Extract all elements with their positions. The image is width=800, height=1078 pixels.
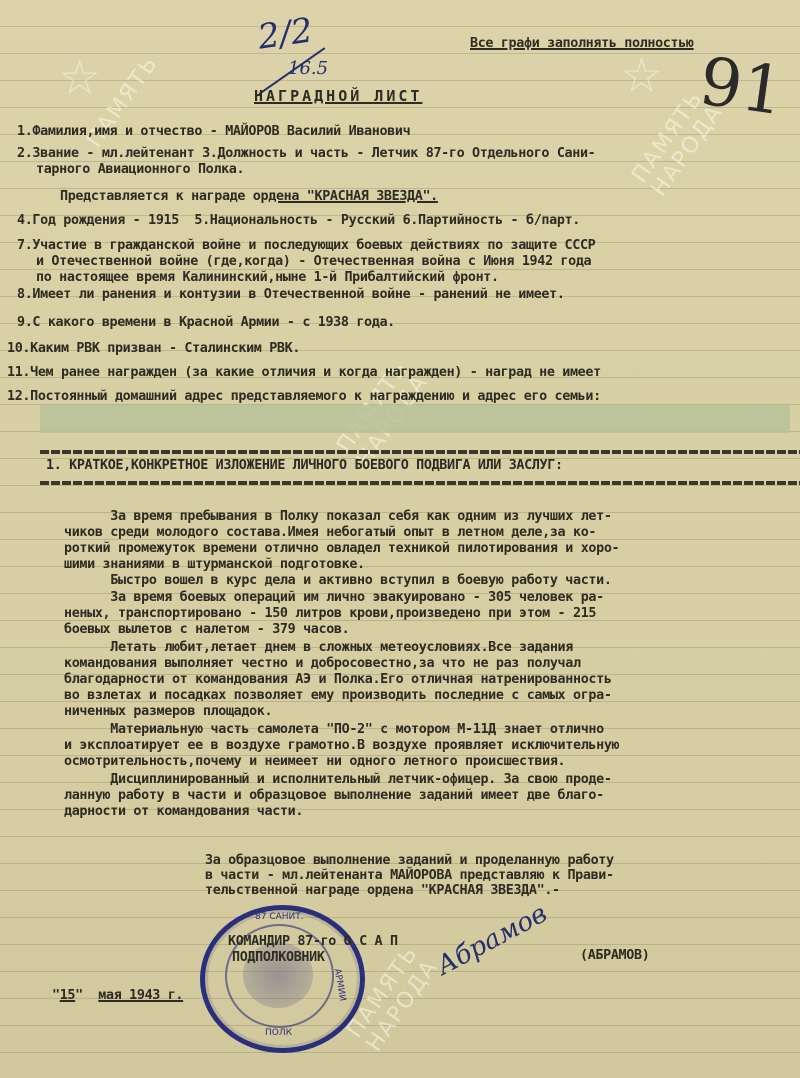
conclusion-line: тельственной награде ордена "КРАСНАЯ ЗВЕ… bbox=[205, 883, 560, 898]
stamp-text: АРМИИ bbox=[332, 968, 348, 1002]
field-birth-nationality-party: 4.Год рождения - 1915 5.Национальность -… bbox=[17, 213, 580, 228]
handwritten-reference: 2/2 bbox=[255, 10, 315, 57]
watermark-star-icon: ☆ bbox=[58, 50, 101, 106]
body-line: командования выполняет честно и добросов… bbox=[64, 656, 581, 671]
body-line: За время боевых операций им лично эвакуи… bbox=[64, 590, 604, 605]
field-wounds: 8.Имеет ли ранения и контузии в Отечеств… bbox=[17, 287, 565, 302]
signatory-rank: ПОДПОЛКОВНИК bbox=[232, 950, 325, 965]
official-stamp: 87 САНИТ. АРМИИ ПОЛК bbox=[200, 905, 365, 1053]
body-line: осмотрительность,почему и неимеет ни одн… bbox=[64, 754, 565, 769]
field-previous-awards: 11.Чем ранее награжден (за какие отличия… bbox=[7, 365, 601, 380]
field-combat-participation: 7.Участие в гражданской войне и последую… bbox=[17, 238, 595, 253]
signatory-name: (АБРАМОВ) bbox=[580, 948, 649, 963]
handwritten-signature: Абрамов bbox=[432, 899, 552, 982]
signature-date: "15" мая 1943 г. bbox=[52, 988, 183, 1003]
field-combat-participation-cont: и Отечественной войне (где,когда) - Отеч… bbox=[36, 254, 591, 269]
fill-instruction: Все графи заполнять полностью bbox=[470, 36, 694, 51]
conclusion-line: в части - мл.лейтенанта МАЙОРОВА предста… bbox=[205, 868, 614, 883]
body-line: шими знаниями в штурманской подготовке. bbox=[64, 557, 365, 572]
body-line: во взлетах и посадках позволяет ему прои… bbox=[64, 688, 612, 703]
nomination-line: Представляется к награде ордена "КРАСНАЯ… bbox=[60, 189, 438, 204]
field-rank-position: 2.Звание - мл.лейтенант 3.Должность и ча… bbox=[17, 146, 595, 161]
field-home-address: 12.Постоянный домашний адрес представляе… bbox=[7, 389, 601, 404]
award-sheet-document: ☆ ☆ ПАМЯТЬ ПАМЯТЬНАРОДА ПАМЯТЬНАРОДА ПАМ… bbox=[0, 0, 800, 1078]
field-draft-office: 10.Каким РВК призван - Сталинским РВК. bbox=[7, 341, 300, 356]
separator-line bbox=[40, 450, 800, 454]
separator-line bbox=[40, 481, 800, 485]
body-line: роткий промежуток времени отлично овладе… bbox=[64, 541, 619, 556]
body-line: ланную работу в части и образцовое выпол… bbox=[64, 788, 604, 803]
body-line: и эксплоатирует ее в воздухе грамотно.В … bbox=[64, 738, 619, 753]
body-line: боевых вылетов с налетом - 379 часов. bbox=[64, 622, 349, 637]
body-line: За время пребывания в Полку показал себя… bbox=[64, 509, 612, 524]
handwritten-page-number: 91 bbox=[695, 43, 789, 131]
stamp-text: ПОЛК bbox=[265, 1028, 292, 1038]
body-line: Материальную часть самолета "ПО-2" с мот… bbox=[64, 722, 604, 737]
field-rank-position-cont: тарного Авиационного Полка. bbox=[36, 162, 244, 177]
body-line: ниченных размеров площадок. bbox=[64, 704, 272, 719]
watermark-star-icon: ☆ bbox=[620, 48, 663, 104]
body-line: дарности от командования части. bbox=[64, 804, 303, 819]
section-heading: 1. КРАТКОЕ,КОНКРЕТНОЕ ИЗЛОЖЕНИЕ ЛИЧНОГО … bbox=[46, 458, 563, 473]
stamp-text: 87 САНИТ. bbox=[255, 912, 304, 922]
field-army-since: 9.С какого времени в Красной Армии - с 1… bbox=[17, 315, 395, 330]
document-title: НАГРАДНОЙ ЛИСТ bbox=[254, 89, 422, 104]
body-line: чиков среди молодого состава.Имея небога… bbox=[64, 525, 596, 540]
body-line: благодарности от командования АЭ и Полка… bbox=[64, 672, 612, 687]
handwritten-reference-number: 16.5 bbox=[288, 58, 328, 79]
field-full-name: 1.Фамилия,имя и отчество - МАЙОРОВ Васил… bbox=[17, 124, 410, 139]
body-line: неных, транспортировано - 150 литров кро… bbox=[64, 606, 596, 621]
redacted-address-bar bbox=[40, 405, 790, 433]
conclusion-line: За образцовое выполнение заданий и проде… bbox=[205, 853, 614, 868]
body-line: Дисциплинированный и исполнительный летч… bbox=[64, 772, 612, 787]
field-combat-participation-cont: по настоящее время Калининский,ныне 1-й … bbox=[36, 270, 499, 285]
body-line: Быстро вошел в курс дела и активно вступ… bbox=[64, 573, 612, 588]
body-line: Летать любит,летает днем в сложных метео… bbox=[64, 640, 573, 655]
signatory-position: КОМАНДИР 87-го О С А П bbox=[228, 934, 398, 949]
